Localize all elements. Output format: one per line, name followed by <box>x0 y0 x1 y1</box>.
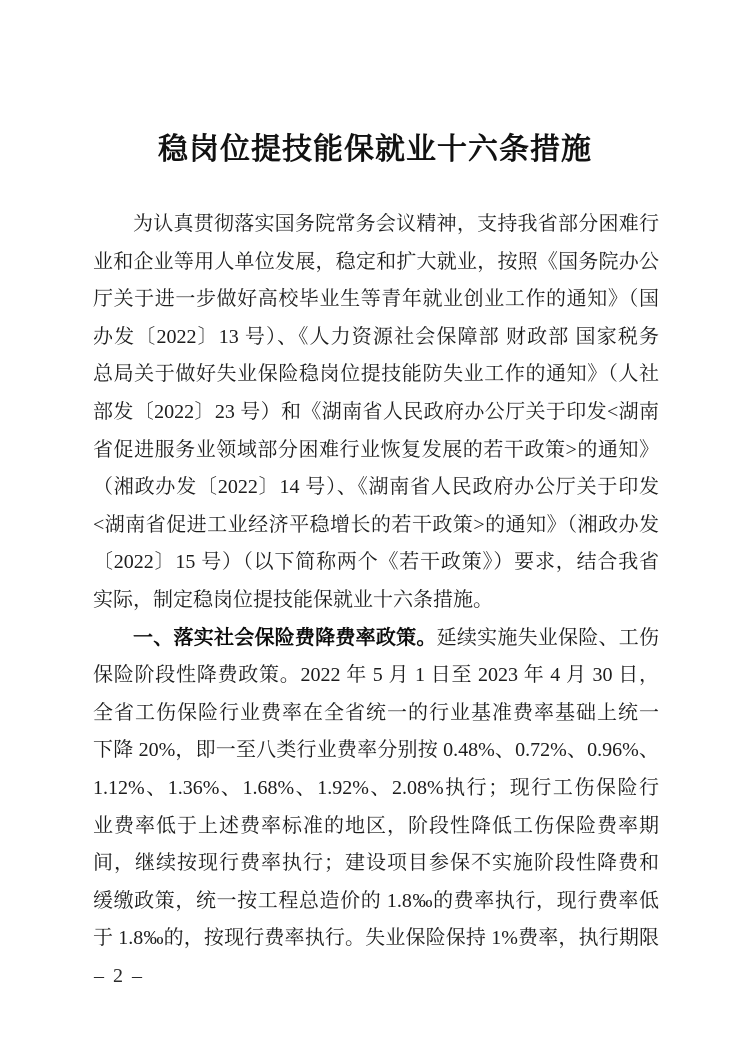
text-line: 下降 20%，即一至八类行业费率分别按 0.48%、0.72%、0.96%、 <box>93 732 659 770</box>
text-line: <湖南省促进工业经济平稳增长的若干政策>的通知》（湘政办发 <box>93 507 659 545</box>
text-line: 1.12%、1.36%、1.68%、1.92%、2.08%执行；现行工伤保险行 <box>93 770 659 808</box>
text-line: 为认真贯彻落实国务院常务会议精神，支持我省部分困难行 <box>93 206 659 244</box>
text-line: 〔2022〕15 号）（以下简称两个《若干政策》）要求，结合我省 <box>93 544 659 582</box>
page-number: – 2 – <box>94 965 144 988</box>
intro-paragraph: 为认真贯彻落实国务院常务会议精神，支持我省部分困难行 业和企业等用人单位发展，稳… <box>93 206 659 620</box>
text-line: 全省工伤保险行业费率在全省统一的行业基准费率基础上统一 <box>93 695 659 733</box>
section-1-heading: 一、落实社会保险费降费率政策。 <box>133 627 437 649</box>
text-line: 厅关于进一步做好高校毕业生等青年就业创业工作的通知》（国 <box>93 281 659 319</box>
text-line: 一、落实社会保险费降费率政策。延续实施失业保险、工伤 <box>93 620 659 658</box>
text-line: 于 1.8‰的，按现行费率执行。失业保险保持 1%费率，执行期限 <box>93 920 659 958</box>
text-line: 部发〔2022〕23 号）和《湖南省人民政府办公厅关于印发<湖南 <box>93 394 659 432</box>
document-page: 稳岗位提技能保就业十六条措施 为认真贯彻落实国务院常务会议精神，支持我省部分困难… <box>0 0 750 1061</box>
text-line: 省促进服务业领域部分困难行业恢复发展的若干政策>的通知》 <box>93 432 659 470</box>
text-line: 总局关于做好失业保险稳岗位提技能防失业工作的通知》（人社 <box>93 356 659 394</box>
text-run: 延续实施失业保险、工伤 <box>437 627 659 649</box>
text-line: 业和企业等用人单位发展，稳定和扩大就业，按照《国务院办公 <box>93 244 659 282</box>
section-1-paragraph: 一、落实社会保险费降费率政策。延续实施失业保险、工伤 保险阶段性降费政策。202… <box>93 620 659 958</box>
text-line: 业费率低于上述费率标准的地区，阶段性降低工伤保险费率期 <box>93 808 659 846</box>
text-line: 实际，制定稳岗位提技能保就业十六条措施。 <box>93 582 659 620</box>
document-title: 稳岗位提技能保就业十六条措施 <box>0 124 750 168</box>
text-line: 缓缴政策，统一按工程总造价的 1.8‰的费率执行，现行费率低 <box>93 883 659 921</box>
document-body: 为认真贯彻落实国务院常务会议精神，支持我省部分困难行 业和企业等用人单位发展，稳… <box>93 206 659 958</box>
text-line: 间，继续按现行费率执行；建设项目参保不实施阶段性降费和 <box>93 845 659 883</box>
text-line: 办发〔2022〕13 号）、《人力资源社会保障部 财政部 国家税务 <box>93 319 659 357</box>
text-line: （湘政办发〔2022〕14 号）、《湖南省人民政府办公厅关于印发 <box>93 469 659 507</box>
text-line: 保险阶段性降费政策。2022 年 5 月 1 日至 2023 年 4 月 30 … <box>93 657 659 695</box>
